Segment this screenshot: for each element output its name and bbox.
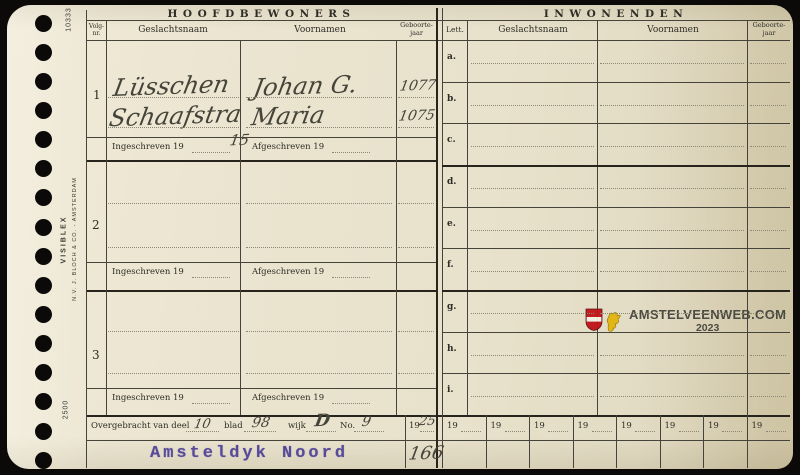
writing-line: [600, 146, 744, 147]
ingeschreven-label: Ingeschreven 19: [112, 142, 184, 152]
writing-line: [600, 105, 744, 106]
blad-label: blad: [224, 421, 243, 431]
rule-line: [86, 10, 87, 468]
rule-line: [747, 20, 748, 415]
fill-in-dots: [332, 403, 370, 404]
writing-line: [471, 313, 594, 314]
writing-line: [471, 355, 594, 356]
footer-cell-divider: [660, 415, 661, 468]
writing-line: [398, 247, 434, 248]
punch-hole: [35, 160, 52, 177]
header-geboortejaar-inwonenden: Geboorte-jaar: [749, 22, 789, 38]
rule-line: [86, 160, 437, 162]
inwonenden-row-letter: d.: [447, 177, 463, 187]
footer-year-label: 19: [534, 421, 545, 431]
writing-line: [246, 127, 392, 128]
rule-line: [106, 20, 107, 415]
fill-in-dots: [192, 403, 230, 404]
inwonenden-title: INWONENDEN: [442, 8, 790, 20]
writing-line: [471, 230, 594, 231]
footer-cell-divider: [616, 415, 617, 468]
fill-in-dots: [420, 431, 434, 432]
header-lett: Lett.: [444, 25, 466, 34]
punch-hole: [35, 44, 52, 61]
header-voornamen: Voornamen: [246, 25, 394, 35]
punch-hole: [35, 423, 52, 440]
inwonenden-row-letter: i.: [447, 385, 463, 395]
fill-in-dots: [332, 277, 370, 278]
writing-line: [108, 97, 239, 98]
writing-line: [471, 105, 594, 106]
rule-line: [467, 20, 468, 415]
footer-year-dots: [722, 431, 742, 432]
handwritten-no: 9: [361, 414, 373, 430]
footer-cell-divider: [529, 415, 530, 468]
writing-line: [471, 146, 594, 147]
amstelveenweb-watermark: AMSTELVEENWEB.COM 2023: [584, 308, 786, 334]
writing-line: [750, 230, 786, 231]
writing-line: [600, 230, 744, 231]
row-separator-line: [442, 82, 790, 83]
fill-in-dots: [332, 152, 370, 153]
lion-icon: [607, 313, 620, 332]
writing-line: [246, 331, 392, 332]
writing-line: [750, 355, 786, 356]
printer-brand: VISIBLEX: [61, 205, 68, 275]
punch-hole: [35, 452, 52, 469]
inwonenden-row-letter: f.: [447, 260, 463, 270]
rule-line: [86, 20, 790, 21]
rule-line: [442, 8, 443, 468]
serial-number-top: 10333: [66, 0, 73, 40]
writing-line: [750, 313, 786, 314]
row-separator-line: [442, 248, 790, 249]
footer-year-label: 19: [447, 421, 458, 431]
header-geslachtsnaam: Geslachtsnaam: [108, 25, 238, 35]
hoofdbewoners-title: HOOFDBEWONERS: [86, 8, 437, 20]
header-geboortejaar: Geboorte-jaar: [397, 22, 436, 38]
writing-line: [471, 271, 594, 272]
handwritten-wijk: D: [313, 411, 331, 432]
footer-year-dots: [766, 431, 786, 432]
inwonenden-row-letter: a.: [447, 52, 463, 62]
writing-line: [750, 396, 786, 397]
footer-year-label: 19: [491, 421, 502, 431]
writing-line: [108, 127, 239, 128]
ingeschreven-label: Ingeschreven 19: [112, 267, 184, 277]
writing-line: [108, 247, 239, 248]
writing-line: [398, 331, 434, 332]
row-number: 1: [93, 88, 101, 102]
watermark-text: AMSTELVEENWEB.COM 2023: [629, 308, 786, 334]
header-voornamen-inwonenden: Voornamen: [600, 25, 746, 35]
writing-line: [600, 355, 744, 356]
rule-line: [240, 40, 241, 415]
fill-in-dots: [192, 277, 230, 278]
footer-year-dots: [679, 431, 699, 432]
writing-line: [108, 373, 239, 374]
address-stamp: Amsteldyk Noord: [150, 444, 348, 463]
afgeschreven-label: Afgeschreven 19: [252, 142, 324, 152]
row-separator-line: [442, 207, 790, 208]
fill-in-dots: [354, 431, 384, 432]
handwritten-card-number: 166: [407, 442, 445, 464]
row-separator-line: [442, 123, 790, 124]
punch-hole: [35, 335, 52, 352]
writing-line: [108, 331, 239, 332]
rule-line: [86, 440, 790, 441]
writing-line: [750, 271, 786, 272]
punch-hole: [35, 102, 52, 119]
row-number: 3: [92, 348, 100, 362]
writing-line: [471, 188, 594, 189]
footer-year-dots: [635, 431, 655, 432]
inwonenden-row-letter: c.: [447, 135, 463, 145]
row-separator-line: [442, 290, 790, 292]
punch-hole: [35, 306, 52, 323]
rule-line: [86, 40, 790, 41]
footer-year-label: 19: [665, 421, 676, 431]
inwonenden-row-letter: b.: [447, 94, 463, 104]
writing-line: [750, 105, 786, 106]
handwritten-birthyear: 1075: [397, 107, 436, 124]
writing-line: [471, 396, 594, 397]
footer-year-dots: [461, 431, 481, 432]
writing-line: [600, 188, 744, 189]
overgebracht-label: Overgebracht van deel: [91, 421, 190, 431]
afgeschreven-label: Afgeschreven 19: [252, 267, 324, 277]
writing-line: [750, 146, 786, 147]
fill-in-dots: [306, 431, 336, 432]
writing-line: [246, 373, 392, 374]
writing-line: [750, 188, 786, 189]
handwritten-blad: 98: [251, 415, 272, 432]
header-geslachtsnaam-inwonenden: Geslachtsnaam: [470, 25, 596, 35]
punch-hole: [35, 248, 52, 265]
punch-hole: [35, 15, 52, 32]
footer-year-dots: [592, 431, 612, 432]
punch-hole: [35, 219, 52, 236]
writing-line: [246, 203, 392, 204]
punch-hole: [35, 277, 52, 294]
punch-hole: [35, 73, 52, 90]
punch-hole: [35, 189, 52, 206]
punch-hole: [35, 131, 52, 148]
row-number: 2: [92, 218, 100, 232]
rule-line: [86, 290, 437, 292]
fill-in-dots: [192, 152, 230, 153]
rule-line: [86, 388, 437, 389]
ingeschreven-label: Ingeschreven 19: [112, 393, 184, 403]
inwonenden-row-letter: g.: [447, 302, 463, 312]
card-content-layer: 10333 VISIBLEX N.V. J. BLOCH & CO. - AMS…: [0, 0, 800, 475]
writing-line: [398, 97, 434, 98]
serial-number-bottom: 2500: [63, 392, 70, 428]
afgeschreven-label: Afgeschreven 19: [252, 393, 324, 403]
fill-in-dots: [244, 431, 276, 432]
handwritten-year: 25: [418, 414, 437, 430]
footer-year-label: 19: [621, 421, 632, 431]
handwritten-birthyear: 1077: [398, 77, 437, 94]
footer-cell-divider: [573, 415, 574, 468]
handwritten-deel: 10: [193, 417, 212, 433]
writing-line: [108, 203, 239, 204]
punch-hole: [35, 393, 52, 410]
footer-year-label: 19: [578, 421, 589, 431]
rule-line: [86, 415, 790, 417]
writing-line: [600, 271, 744, 272]
header-volgnr: Volg-nr.: [87, 23, 106, 37]
writing-line: [398, 127, 434, 128]
footer-year-label: 19: [708, 421, 719, 431]
writing-line: [600, 313, 744, 314]
row-separator-line: [442, 332, 790, 333]
writing-line: [398, 373, 434, 374]
no-label: No.: [340, 421, 355, 431]
footer-year-dots: [548, 431, 568, 432]
wijk-label: wijk: [288, 421, 306, 431]
inwonenden-row-letter: h.: [447, 344, 463, 354]
writing-line: [246, 247, 392, 248]
rule-line: [405, 415, 406, 468]
printer-imprint: N.V. J. BLOCH & CO. - AMSTERDAM: [72, 164, 78, 314]
rule-line: [396, 40, 397, 415]
writing-line: [600, 396, 744, 397]
inwonenden-row-letter: e.: [447, 219, 463, 229]
writing-line: [398, 203, 434, 204]
writing-line: [600, 63, 744, 64]
rule-line: [86, 262, 437, 263]
rule-line: [86, 137, 437, 138]
scanned-register-card: 10333 VISIBLEX N.V. J. BLOCH & CO. - AMS…: [0, 0, 800, 475]
footer-cell-divider: [703, 415, 704, 468]
footer-year-label: 19: [752, 421, 763, 431]
rule-line: [597, 20, 598, 415]
watermark-site: AMSTELVEENWEB.COM: [629, 308, 786, 322]
writing-line: [471, 63, 594, 64]
row-separator-line: [442, 373, 790, 374]
writing-line: [750, 63, 786, 64]
footer-year-dots: [505, 431, 525, 432]
row-separator-line: [442, 165, 790, 167]
writing-line: [246, 97, 392, 98]
punch-hole: [35, 364, 52, 381]
footer-cell-divider: [747, 415, 748, 468]
footer-cell-divider: [486, 415, 487, 468]
handwritten-ingeschreven-year: 15: [228, 131, 250, 150]
